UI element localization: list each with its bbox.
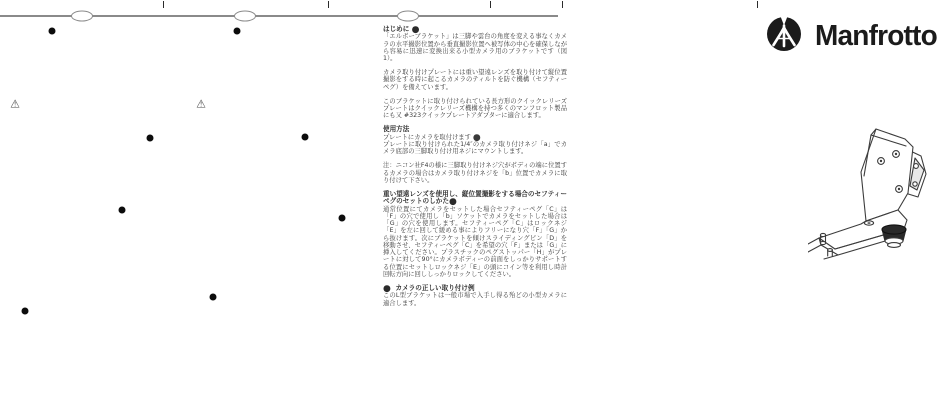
elbow-bracket-illustration (808, 118, 950, 300)
crop-tick-mark (163, 1, 164, 8)
bullet-dot-mark (339, 215, 346, 222)
section-subheading: プレートにカメラを取付けます ● (383, 134, 567, 141)
paragraph: 通常位置にてカメラをセットした場合セフティーペグ「C」は「F」の穴で使用し「b」… (383, 206, 567, 278)
paragraph: このL型ブラケットは一般市場で入手し得る殆どの小型カメラに適合します。 (383, 292, 567, 306)
paragraph: カメラ取り付けプレートには重い望遠レンズを取り付けて縦位置撮影をする時に起こるカ… (383, 69, 567, 91)
paragraph: 注：ニコン社F4の様に三脚取り付けネジ穴がボディの端に位置するカメラの場合はカメ… (383, 162, 567, 184)
subheading-text: プレートにカメラを取付けます (383, 134, 471, 141)
crop-tick-mark (328, 1, 329, 8)
bullet-dot-mark (302, 134, 309, 141)
bullet-dot-mark (210, 294, 217, 301)
fold-ellipse-mark (71, 11, 93, 22)
paragraph: 「エルボーブラケット」は三脚や雲台の角度を変える事なくカメラの水平撮影位置から垂… (383, 33, 567, 62)
bullet-dot-mark (22, 308, 29, 315)
bullet-dot-mark (49, 28, 56, 35)
warning-triangle-icon: ⚠ (10, 99, 20, 110)
section-intro: はじめに ● 「エルボーブラケット」は三脚や雲台の角度を変える事なくカメラの水平… (383, 26, 567, 119)
fold-ellipse-mark (397, 11, 419, 22)
heading-text: カメラの正しい取り付け例 (395, 284, 474, 292)
section-usage: 使用方法 プレートにカメラを取付けます ● プレートに取り付けられた1/4″のカ… (383, 126, 567, 184)
fold-ellipse-mark (234, 11, 256, 22)
crop-tick-mark (757, 1, 758, 8)
manfrotto-tripod-icon (766, 16, 802, 56)
section-correct-mounting: ● カメラの正しい取り付け例 このL型ブラケットは一般市場で入手し得る殆どの小型… (383, 285, 567, 307)
heading-text: 重い望遠レンズを使用し、縦位置撮影をする場合のセフティーペグのセットのしかた (383, 190, 567, 205)
bullet-dot-mark (119, 207, 126, 214)
crop-tick-mark (490, 1, 491, 8)
manfrotto-logo: Manfrotto (766, 16, 937, 56)
japanese-instructions-column: はじめに ● 「エルボーブラケット」は三脚や雲台の角度を変える事なくカメラの水平… (383, 26, 567, 314)
section-heading: 重い望遠レンズを使用し、縦位置撮影をする場合のセフティーペグのセットのしかた● (383, 191, 567, 206)
section-safety-peg: 重い望遠レンズを使用し、縦位置撮影をする場合のセフティーペグのセットのしかた● … (383, 191, 567, 278)
crop-tick-mark (562, 1, 563, 8)
brand-wordmark: Manfrotto (815, 20, 937, 53)
bullet-dot-mark (147, 135, 154, 142)
paragraph: このブラケットに取り付けられている長方形のクイックレリーズプレートはクイックレリ… (383, 98, 567, 120)
warning-triangle-icon: ⚠ (196, 99, 206, 110)
scanned-manual-page: はじめに ● 「エルボーブラケット」は三脚や雲台の角度を変える事なくカメラの水平… (0, 0, 950, 410)
bullet-dot-mark (234, 28, 241, 35)
heading-text: はじめに (383, 25, 409, 33)
paragraph: プレートに取り付けられた1/4″のカメラ取り付けネジ「a」でカメラ底部の三脚取り… (383, 141, 567, 155)
